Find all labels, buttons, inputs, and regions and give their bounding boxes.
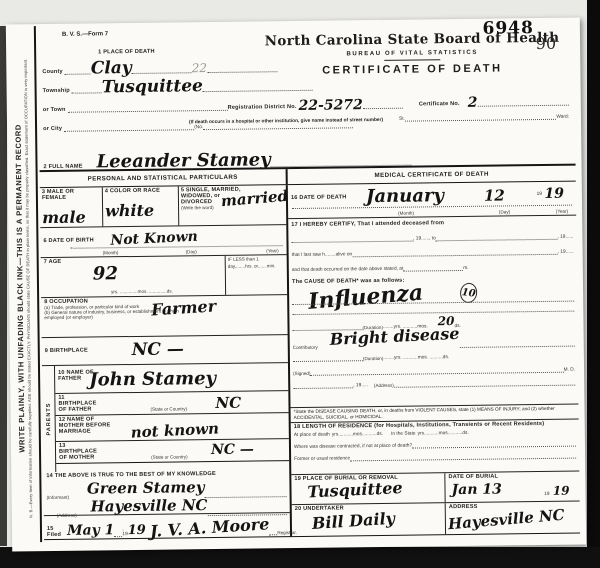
signature-year: , 19..... (353, 383, 368, 388)
certificate-no-value: 2 (468, 96, 478, 110)
certificate-form: B. V. S.—Form 7 North Carolina State Boa… (34, 20, 580, 543)
informant-address-value: Hayesville NC (91, 498, 208, 514)
burial-date-cell: DATE OF BURIAL Jan 13 19 19 (444, 472, 579, 503)
death-occurred-label: and that death occurred on the date abov… (292, 267, 404, 273)
undertaker-row: 20 UNDERTAKER Bill Daily ADDRESS Hayesvi… (292, 502, 580, 538)
age-row: 7 AGE 92 yrs. ..............mos. .......… (41, 255, 287, 298)
md-label: M. D. (564, 368, 576, 373)
no-label: (No. (194, 125, 203, 130)
dod-day-caption: (Day) (499, 209, 510, 214)
dob-month-caption: (Month) (103, 250, 119, 255)
mother-birthplace-row: 13 BIRTHPLACE OF MOTHER (State or Countr… (56, 439, 289, 464)
parents-block: PARENTS 10 NAME OF FATHER John Stamey 11… (42, 363, 289, 472)
occupation-row: 8 OCCUPATION (a) Trade, profession, or p… (41, 295, 287, 338)
father-name-value: John Stamey (89, 370, 216, 390)
last-saw-label: that I last saw h........alive on (292, 252, 353, 258)
form-body: 3 MALE OR FEMALE male 4 COLOR OR RACE wh… (40, 182, 580, 541)
full-name-value: Leeander Stamey (96, 151, 270, 171)
undertaker-cell: 20 UNDERTAKER Bill Daily (292, 503, 445, 536)
former-residence-label: Former or usual residence (294, 456, 350, 462)
race-value: white (105, 202, 176, 219)
age-value: 92 (93, 265, 118, 283)
last-saw-year: , 19...... (558, 250, 574, 255)
birthplace-label: 9 BIRTHPLACE (45, 348, 88, 355)
dob-day-caption: (Day) (186, 249, 197, 254)
where-contracted-label: Where was disease contracted, if not at … (294, 444, 412, 450)
mother-birthplace-value: NC — (211, 443, 254, 458)
mother-name-value: not known (130, 421, 219, 440)
filed-row: 15 Filed May 1 , 19 19 J. V. A. Moore Re… (44, 513, 290, 540)
burial-year-printed: 19 (544, 492, 549, 497)
residence-label: 18 LENGTH OF RESIDENCE (for Hospitals, I… (294, 421, 576, 430)
at-place-label: At place of death (294, 433, 330, 438)
scanned-certificate-photo: WRITE PLAINLY, WITH UNFADING BLACK INK—T… (0, 0, 600, 568)
in-state-units: yrs...........mos...........ds. (418, 431, 469, 437)
sex-race-marital-row: 3 MALE OR FEMALE male 4 COLOR OR RACE wh… (40, 185, 286, 228)
certify-label: 17 I HEREBY CERTIFY, That I attended dec… (291, 219, 573, 228)
or-city-label: or City (43, 126, 62, 132)
dod-month-caption: (Month) (398, 211, 414, 216)
stamp-number: 6948 (482, 18, 534, 39)
father-birthplace-value: NC (215, 396, 241, 411)
filed-label: 15 Filed (47, 526, 61, 538)
form-header: B. V. S.—Form 7 North Carolina State Boa… (38, 20, 575, 151)
filed-year-value: 19 (128, 524, 146, 537)
medical-column: 16 DATE OF DEATH January 12 19 19 (Month… (288, 182, 580, 537)
father-birthplace-row: 11 BIRTHPLACE OF FATHER (State or Countr… (55, 391, 288, 416)
sex-cell: 3 MALE OR FEMALE male (40, 187, 102, 227)
marital-cell: 5 SINGLE, MARRIED, WIDOWED, or DIVORCED … (178, 185, 286, 225)
age-less-cell: IF LESS than 1 day,.......hrs. or.......… (225, 255, 287, 295)
dob-year-caption: (Year) (266, 248, 278, 253)
age-label: 7 AGE (44, 259, 62, 265)
undertaker-address-value: Hayesville NC (448, 508, 566, 533)
mother-state-caption: (State or Country) (151, 454, 188, 459)
burial-row: 19 PLACE OF BURIAL OR REMOVAL Tusquittee… (291, 472, 579, 506)
contributory-value: Bright disease (329, 326, 459, 348)
personal-column: 3 MALE OR FEMALE male 4 COLOR OR RACE wh… (40, 185, 292, 540)
burial-place-cell: 19 PLACE OF BURIAL OR REMOVAL Tusquittee (291, 473, 444, 504)
certify-year-1: , 19......, to (413, 236, 436, 241)
in-state-label: In the State (391, 432, 416, 437)
signed-label: (Signed) (293, 371, 310, 376)
m-suffix: m. (463, 266, 468, 271)
race-cell: 4 COLOR OR RACE white (102, 186, 178, 226)
certification-row: 17 I HEREBY CERTIFY, That I attended dec… (288, 216, 578, 409)
parents-vertical-label: PARENTS (42, 366, 56, 472)
signature-address-label: (Address) (374, 383, 394, 388)
certificate-no-row: Certificate No. 2 (419, 92, 569, 108)
personal-section-header: PERSONAL AND STATISTICAL PARTICULARS (40, 169, 288, 187)
undertaker-address-cell: ADDRESS Hayesville NC (445, 502, 580, 535)
informant-row: 14 THE ABOVE IS TRUE TO THE BEST OF MY K… (43, 469, 290, 516)
photo-edge-right (587, 0, 600, 552)
burial-year-value: 19 (553, 485, 570, 497)
undertaker-value: Bill Daily (311, 511, 395, 532)
dod-year-prefix: 19 (537, 192, 542, 197)
registrar-signature: J. V. A. Moore (149, 516, 269, 540)
father-state-caption: (State or Country) (150, 406, 187, 411)
age-cell: 7 AGE 92 yrs. ..............mos. .......… (41, 256, 225, 297)
certify-year-2: , 19...... (557, 235, 573, 240)
age-units: yrs. ..............mos. ..............ds… (111, 289, 173, 295)
form-reference: B. V. S.—Form 7 (62, 31, 108, 38)
birth-date-row: 6 DATE OF BIRTH Not Known (Month) (Day) … (40, 225, 286, 258)
certificate-no-label: Certificate No. (419, 101, 460, 107)
burial-date-value: Jan 13 (452, 483, 502, 498)
informant-value: Green Stamey (87, 480, 205, 496)
filed-date-value: May 1 (67, 523, 114, 538)
contributory-label: Contributory (293, 345, 318, 350)
ward-label: Ward: (556, 115, 569, 120)
age-less-note: IF LESS than 1 day,.......hrs. or.......… (228, 256, 285, 270)
sex-value: male (42, 209, 100, 226)
race-label: 4 COLOR OR RACE (105, 187, 176, 194)
full-name-label: 2 FULL NAME (44, 164, 83, 170)
date-of-death-row: 16 DATE OF DEATH January 12 19 19 (Month… (288, 182, 576, 220)
father-name-row: 10 NAME OF FATHER John Stamey (55, 363, 288, 394)
birthplace-row: 9 BIRTHPLACE NC — (42, 335, 288, 366)
informant-caption: (Informant) (47, 495, 70, 500)
birthplace-value: NC — (132, 341, 184, 359)
death-certificate: WRITE PLAINLY, WITH UNFADING BLACK INK—T… (6, 18, 586, 552)
sex-label: 3 MALE OR FEMALE (42, 188, 100, 201)
dod-year-caption: (Year) (556, 209, 568, 214)
burial-place-value: Tusquittee (307, 480, 403, 500)
father-birthplace-label: 11 BIRTHPLACE OF FATHER (58, 394, 104, 413)
mother-birthplace-label: 13 BIRTHPLACE OF MOTHER (59, 442, 105, 461)
mother-name-row: 12 NAME OF MOTHER BEFORE MARRIAGE not kn… (56, 413, 289, 442)
burial-date-label: DATE OF BURIAL (448, 473, 576, 481)
mother-name-label: 12 NAME OF MOTHER BEFORE MARRIAGE (59, 416, 119, 435)
at-place-units: yrs...........mos...........ds. (332, 432, 383, 438)
duration-units-2: ........yrs. ...........mos. ..........d… (383, 355, 449, 361)
residence-row: 18 LENGTH OF RESIDENCE (for Hospitals, I… (291, 420, 580, 476)
duration-caption-2: (Duration) (363, 356, 383, 361)
occupation-value: Farmer (151, 298, 217, 318)
